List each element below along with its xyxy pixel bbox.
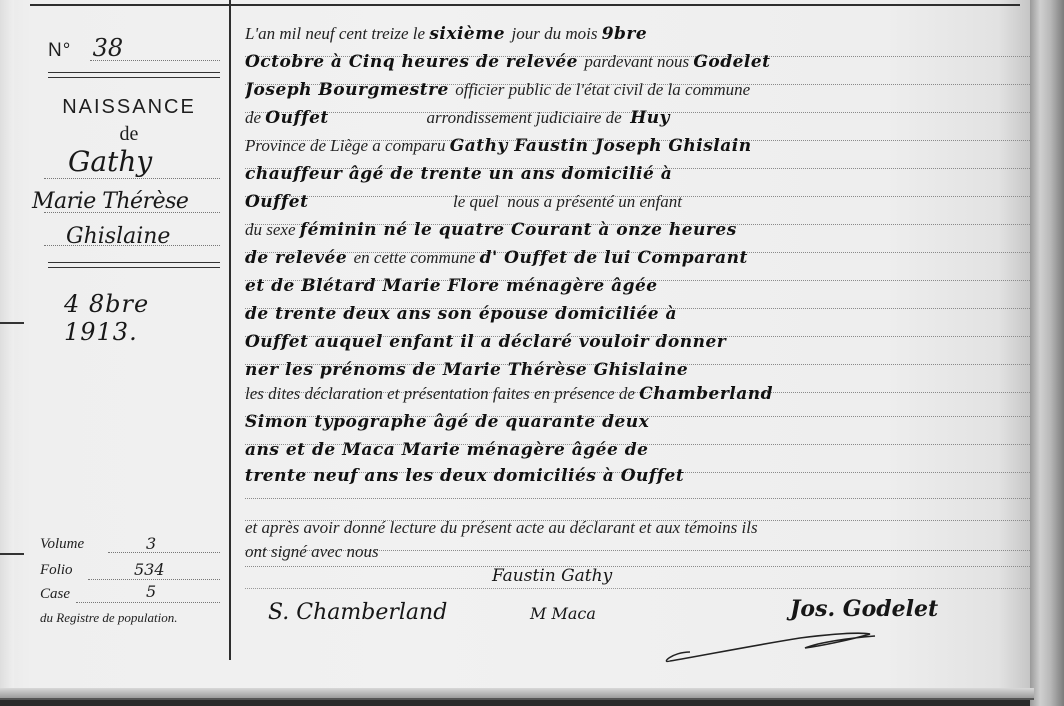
register-volume: Volume 3 — [40, 536, 220, 553]
line-text: de relevée en cette commune d' Ouffet de… — [245, 248, 748, 268]
number-label: N° — [48, 40, 71, 61]
register-dotline — [88, 579, 220, 580]
line-text: Province de Liège a comparu Gathy Fausti… — [245, 136, 752, 156]
line-text: et de Blétard Marie Flore ménagère âgée — [245, 276, 658, 296]
closing-line: ont signé avec nous — [245, 542, 1030, 567]
line-text: de Ouffet arrondissement judiciaire de H… — [245, 108, 670, 128]
number-value: 38 — [93, 34, 124, 62]
child-given-names-1: Marie Thérèse — [32, 189, 188, 214]
name-dotline — [44, 178, 220, 179]
folio-label: Folio — [40, 562, 73, 578]
book-binding — [1030, 0, 1064, 706]
line-text: de trente deux ans son épouse domiciliée… — [245, 304, 677, 324]
case-label: Case — [40, 586, 70, 602]
line-text: Simon typographe âgé de quarante deux — [245, 412, 649, 432]
line-text: Ouffet le quel nous a présenté un enfant — [245, 192, 682, 212]
volume-value: 3 — [146, 534, 156, 553]
double-rule — [48, 72, 220, 78]
signature-declarant: Faustin Gathy — [492, 566, 612, 586]
name-dotline — [44, 245, 220, 246]
line-text: du sexe féminin né le quatre Courant à o… — [245, 220, 737, 240]
line-text: Octobre à Cinq heures de relevée pardeva… — [245, 52, 771, 72]
margin-tick-mark — [0, 322, 24, 324]
line-text: Ouffet auquel enfant il a déclaré vouloi… — [245, 332, 726, 352]
signature-flourish-icon — [660, 616, 910, 666]
child-surname: Gathy — [68, 145, 152, 178]
page-left-edge — [0, 0, 14, 690]
line-text: trente neuf ans les deux domiciliés à Ou… — [245, 466, 684, 486]
register-folio: Folio 534 — [40, 562, 220, 579]
closing-text-1: et après avoir donné lecture du présent … — [245, 518, 758, 537]
line-text: ans et de Maca Marie ménagère âgée de — [245, 440, 648, 460]
page-bottom-edge — [0, 688, 1034, 700]
margin-column-rule — [229, 0, 231, 660]
register-dotline — [108, 552, 220, 553]
body-line: trente neuf ans les deux domiciliés à Ou… — [245, 466, 1030, 499]
case-value: 5 — [146, 582, 156, 601]
register-footer: du Registre de population. — [40, 610, 177, 626]
closing-text-2: ont signé avec nous — [245, 542, 379, 561]
number-dotline — [90, 60, 220, 61]
title-de: de — [30, 123, 228, 146]
birth-date: 4 8bre 1913. — [64, 290, 228, 346]
register-dotline — [76, 602, 220, 603]
signature-witness-2: M Maca — [530, 604, 596, 623]
double-rule — [48, 262, 220, 268]
record-number: N° 38 — [48, 34, 123, 62]
name-dotline — [44, 212, 220, 213]
signature-line — [245, 566, 1030, 589]
margin-tick-mark — [0, 553, 24, 555]
volume-label: Volume — [40, 536, 84, 552]
line-text: Joseph Bourgmestre officier public de l'… — [245, 80, 750, 100]
margin-column: N° 38 NAISSANCE de Gathy Marie Thérèse G… — [30, 0, 228, 660]
record-body: L'an mil neuf cent treize le sixième jou… — [245, 0, 1030, 660]
folio-value: 534 — [134, 560, 165, 579]
line-text: chauffeur âgé de trente un ans domicilié… — [245, 164, 672, 184]
signature-witness-1: S. Chamberland — [268, 600, 447, 625]
record-title: NAISSANCE — [30, 96, 228, 119]
line-text: les dites déclaration et présentation fa… — [245, 384, 773, 404]
line-text: ner les prénoms de Marie Thérèse Ghislai… — [245, 360, 688, 380]
line-text: L'an mil neuf cent treize le sixième jou… — [245, 24, 647, 44]
register-case: Case 5 — [40, 586, 220, 603]
